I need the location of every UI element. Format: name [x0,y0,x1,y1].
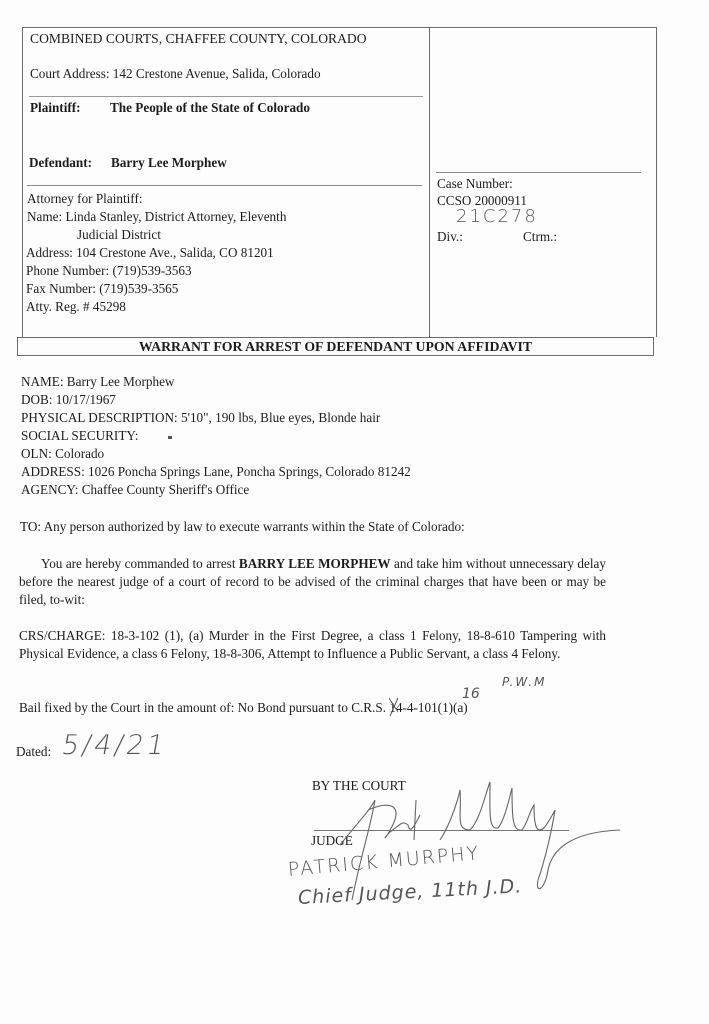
party-divider [27,185,422,186]
attorney-phone: Phone Number: (719)539-3563 [26,263,192,278]
defendant-label: Defendant: [29,155,92,170]
caption-right-border [656,27,657,337]
attorney-name: Name: Linda Stanley, District Attorney, … [27,209,286,224]
plaintiff-value: The People of the State of Colorado [110,100,310,115]
info-oln: OLN: Colorado [21,446,104,461]
court-name: COMBINED COURTS, CHAFFEE COUNTY, COLORAD… [30,31,367,46]
attorney-district: Judicial District [77,227,161,242]
redaction-mark [168,436,172,439]
caption-top-border [22,27,657,28]
command-before: You are hereby commanded to arrest [41,556,239,571]
warrant-title: WARRANT FOR ARREST OF DEFENDANT UPON AFF… [17,339,654,354]
defendant-value: Barry Lee Morphew [111,155,227,170]
handwritten-date: 5/4/21 [59,730,169,761]
title-bottom-border [17,355,654,356]
info-name: NAME: Barry Lee Morphew [21,374,174,389]
info-social-security: SOCIAL SECURITY: [21,428,138,443]
command-defendant-name: BARRY LEE MORPHEW [239,556,391,571]
attorney-heading: Attorney for Plaintiff: [27,191,143,206]
bail-statute-rest: -4-101(1)(a) [403,700,468,715]
info-agency: AGENCY: Chaffee County Sheriff's Office [21,482,249,497]
dated-label: Dated: [16,744,51,759]
case-number-label: Case Number: [437,176,513,191]
title-top-border [17,337,654,338]
plaintiff-label: Plaintiff: [30,100,81,115]
info-dob: DOB: 10/17/1967 [21,392,116,407]
div-label: Div.: [437,229,463,244]
to-line: TO: Any person authorized by law to exec… [20,519,465,534]
handwritten-initials: P.W.M [502,675,546,689]
ctrm-label: Ctrm.: [523,229,557,244]
handwritten-case-number: 21C278 [456,206,538,227]
bail-statute-struck: 14 [389,700,402,715]
strike-mark-icon [388,696,400,718]
info-physical-description: PHYSICAL DESCRIPTION: 5'10", 190 lbs, Bl… [21,410,380,425]
case-divider [436,172,641,173]
caption-column-divider [429,27,430,337]
caption-left-border [22,27,23,337]
court-address: Court Address: 142 Crestone Avenue, Sali… [30,66,321,81]
command-paragraph: You are hereby commanded to arrest BARRY… [19,555,606,609]
attorney-address: Address: 104 Crestone Ave., Salida, CO 8… [26,245,274,260]
court-divider [29,96,423,97]
info-address: ADDRESS: 1026 Poncha Springs Lane, Ponch… [21,464,411,479]
bail-text: Bail fixed by the Court in the amount of… [19,700,389,715]
charges-paragraph: CRS/CHARGE: 18-3-102 (1), (a) Murder in … [19,627,606,663]
attorney-fax: Fax Number: (719)539-3565 [26,281,178,296]
bail-line: Bail fixed by the Court in the amount of… [19,700,468,715]
attorney-reg: Atty. Reg. # 45298 [26,299,126,314]
